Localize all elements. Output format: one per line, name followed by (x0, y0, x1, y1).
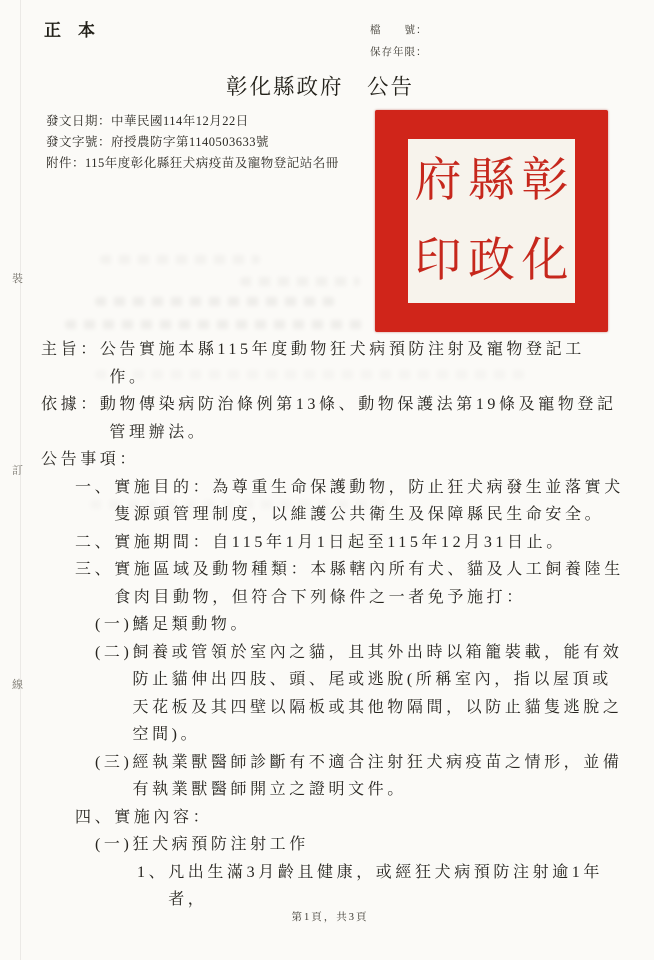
announcement-body: 主旨： 公告實施本縣115年度動物狂犬病預防注射及寵物登記工 作。 依據： 動物… (41, 336, 629, 914)
list-item-label: 一、 (75, 474, 114, 502)
bleed-through-artifact (240, 277, 360, 286)
list-item: 1、 凡出生滿3月齡且健康，或經狂犬病預防注射逾1年者， (137, 859, 629, 914)
copy-type-label: 正 本 (44, 16, 95, 41)
list-item: (一) 狂犬病預防注射工作 (95, 831, 629, 859)
list-item-label: (三) (95, 749, 132, 777)
list-item: (三) 經執業獸醫師診斷有不適合注射狂犬病疫苗之情形，並備 有執業獸醫師開立之證… (95, 749, 629, 804)
list-item-text: 鰭足類動物。 (132, 611, 629, 639)
basis-paragraph: 依據： 動物傳染病防治條例第13條、動物保護法第19條及寵物登記 管理辦法。 (41, 391, 629, 446)
basis-text: 動物傳染病防治條例第13條、動物保護法第19條及寵物登記 管理辦法。 (100, 391, 629, 446)
issue-date-label: 發文日期： (46, 114, 111, 128)
list-item-label: 1、 (137, 859, 168, 887)
subject-text: 公告實施本縣115年度動物狂犬病預防注射及寵物登記工 作。 (100, 336, 629, 391)
doc-number-value: 府授農防字第1140503633號 (111, 135, 269, 149)
official-seal: 彰 化 縣 政 府 印 (375, 110, 608, 332)
list-item: (一) 鰭足類動物。 (95, 611, 629, 639)
seal-character: 府 (412, 142, 464, 220)
seal-column: 彰 化 (519, 141, 571, 301)
attachment-value: 115年度彰化縣狂犬病疫苗及寵物登記站名冊 (85, 156, 339, 170)
subject-paragraph: 主旨： 公告實施本縣115年度動物狂犬病預防注射及寵物登記工 作。 (41, 336, 629, 391)
binding-mark-xian: 線 (12, 676, 23, 692)
list-item-label: 二、 (75, 529, 114, 557)
bleed-through-artifact (100, 255, 260, 264)
page-number: 第1頁，共3頁 (0, 909, 654, 924)
doc-meta: 發文日期：中華民國114年12月22日 發文字號：府授農防字第114050363… (46, 111, 339, 174)
list-item-text: 狂犬病預防注射工作 (132, 831, 629, 859)
list-item-text: 實施內容： (114, 804, 629, 832)
seal-column: 府 印 (412, 141, 464, 301)
issue-date-line: 發文日期：中華民國114年12月22日 (46, 111, 339, 132)
attachment-line: 附件：115年度彰化縣狂犬病疫苗及寵物登記站名冊 (46, 153, 339, 174)
bleed-through-artifact (95, 297, 335, 306)
list-item: 一、 實施目的：為尊重生命保護動物，防止狂犬病發生並落實犬 隻源頭管理制度，以維… (75, 474, 629, 529)
list-item: 二、 實施期間：自115年1月1日起至115年12月31日止。 (75, 529, 629, 557)
list-item-label: (一) (95, 611, 132, 639)
basis-label: 依據： (41, 391, 100, 419)
announcement-items-heading: 公告事項： (41, 446, 629, 474)
binding-mark-ding: 訂 (12, 462, 23, 478)
list-item-text: 飼養或管領於室內之貓，且其外出時以箱籠裝載，能有效 防止貓伸出四肢、頭、尾或逃脫… (132, 639, 629, 749)
file-number-label: 檔 號： (370, 20, 428, 42)
retention-period-label: 保存年限： (370, 42, 428, 64)
list-item: 三、 實施區域及動物種類：本縣轄內所有犬、貓及人工飼養陸生 食肉目動物，但符合下… (75, 556, 629, 611)
binding-line (20, 0, 21, 960)
subject-label: 主旨： (41, 336, 100, 364)
seal-character: 印 (412, 222, 464, 300)
list-item-text: 實施期間：自115年1月1日起至115年12月31日止。 (114, 529, 629, 557)
list-item-text: 實施區域及動物種類：本縣轄內所有犬、貓及人工飼養陸生 食肉目動物，但符合下列條件… (114, 556, 629, 611)
list-item: (二) 飼養或管領於室內之貓，且其外出時以箱籠裝載，能有效 防止貓伸出四肢、頭、… (95, 639, 629, 749)
list-item-text: 實施目的：為尊重生命保護動物，防止狂犬病發生並落實犬 隻源頭管理制度，以維護公共… (114, 474, 629, 529)
list-item: 四、 實施內容： (75, 804, 629, 832)
list-item-label: (二) (95, 639, 132, 667)
issue-date-value: 中華民國114年12月22日 (111, 114, 249, 128)
attachment-label: 附件： (46, 156, 85, 170)
official-seal-face: 彰 化 縣 政 府 印 (408, 139, 575, 303)
list-item-text: 經執業獸醫師診斷有不適合注射狂犬病疫苗之情形，並備 有執業獸醫師開立之證明文件。 (132, 749, 629, 804)
document-page: 正 本 檔 號： 保存年限： 彰化縣政府 公告 發文日期：中華民國114年12月… (0, 0, 654, 960)
binding-mark-zhuang: 裝 (12, 270, 23, 286)
bleed-through-artifact (65, 320, 365, 329)
seal-character: 化 (519, 222, 571, 300)
seal-character: 政 (466, 222, 518, 300)
seal-character: 縣 (466, 142, 518, 220)
list-item-text: 凡出生滿3月齡且健康，或經狂犬病預防注射逾1年者， (168, 859, 629, 914)
seal-character: 彰 (519, 142, 571, 220)
doc-number-label: 發文字號： (46, 135, 111, 149)
list-item-label: (一) (95, 831, 132, 859)
list-item-label: 三、 (75, 556, 114, 584)
doc-number-line: 發文字號：府授農防字第1140503633號 (46, 132, 339, 153)
list-item-label: 四、 (75, 804, 114, 832)
seal-column: 縣 政 (466, 141, 518, 301)
file-number-block: 檔 號： 保存年限： (370, 20, 428, 64)
page-title: 彰化縣政府 公告 (0, 70, 640, 101)
